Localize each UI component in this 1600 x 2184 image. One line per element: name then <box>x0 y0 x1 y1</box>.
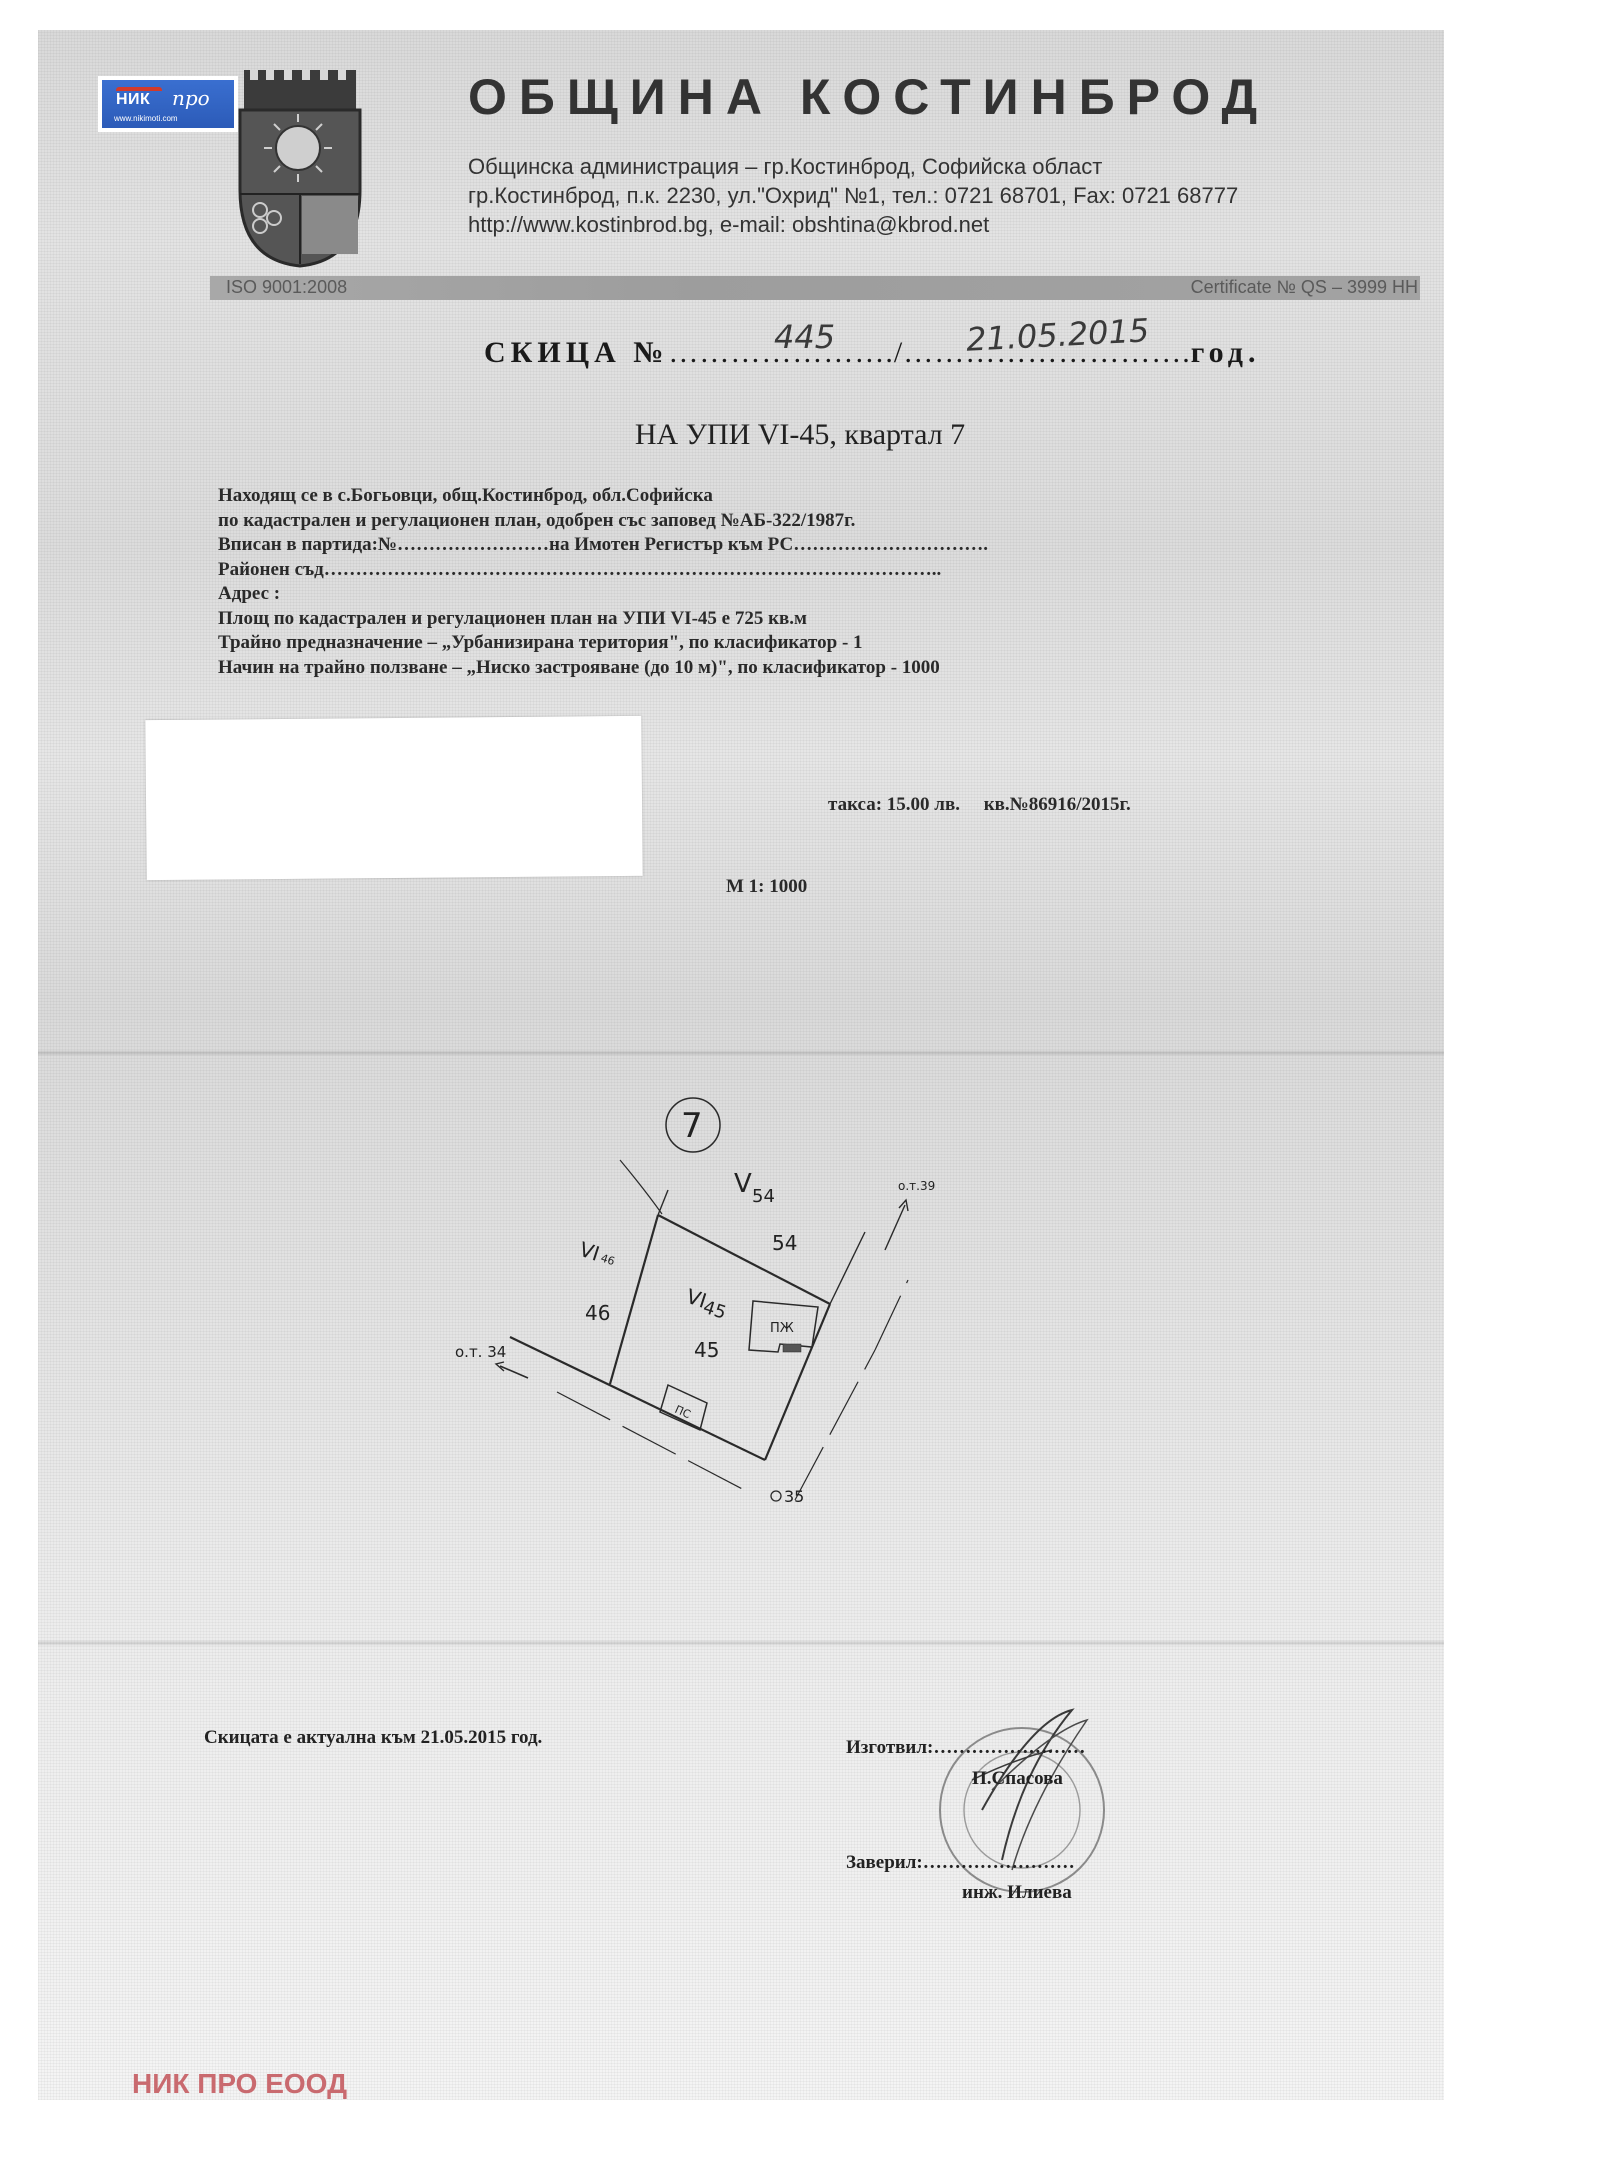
municipality-contact-line: http://www.kostinbrod.bg, e-mail: obshti… <box>468 212 989 238</box>
prepared-label: Изготвил: <box>846 1737 933 1758</box>
block-number: 7 <box>681 1106 703 1146</box>
iso-standard: ISO 9001:2008 <box>226 277 347 298</box>
label-ot39: о.т.39 <box>898 1179 935 1193</box>
logo-url: www.nikimoti.com <box>114 114 178 123</box>
paper-fold <box>38 1640 1444 1646</box>
municipality-admin-line: Общинска администрация – гр.Костинброд, … <box>468 154 1102 180</box>
label-plot-45: 45 <box>694 1338 719 1362</box>
handwritten-sketch-number: 445 <box>774 318 835 356</box>
label-v54: V <box>734 1169 752 1199</box>
nik-pro-footer-brand: НИК ПРО ЕООД <box>132 2068 347 2100</box>
sketch-label: СКИЦА № <box>484 336 668 369</box>
location-line: Находящ се в с.Богьовци, общ.Костинброд,… <box>218 484 988 509</box>
municipality-title: ОБЩИНА КОСТИНБРОД <box>468 68 1269 126</box>
dots: …………………… <box>933 1737 1085 1758</box>
separator: / <box>894 336 903 369</box>
label-plot-46: 46 <box>585 1301 610 1325</box>
usage-line: Начин на трайно ползване – „Ниско застро… <box>218 656 988 681</box>
validity-note: Скицата е актуална към 21.05.2015 год. <box>204 1727 542 1749</box>
verified-label: Заверил: <box>846 1852 923 1873</box>
paper-fold <box>38 1050 1444 1056</box>
label-ot34: о.т. 34 <box>455 1343 506 1361</box>
cadastral-sketch: 7 V 54 54 VI 46 46 VI 45 45 ПЖ ПС о.т.39… <box>440 1080 1040 1520</box>
verified-by-row: Заверил:…………………… <box>846 1852 1075 1874</box>
label-v54-sub: 54 <box>752 1186 775 1207</box>
logo-suffix: про <box>172 86 210 110</box>
year-suffix: год. <box>1191 336 1261 369</box>
court-line: Районен съд……………………………………………………………………………… <box>218 558 988 583</box>
fee-amount: такса: 15.00 лв. <box>828 794 960 815</box>
label-vi46-sub: 46 <box>599 1251 616 1268</box>
official-stamp-icon <box>912 1690 1132 1910</box>
label-vi46: VI <box>576 1237 602 1266</box>
purpose-line: Трайно предназначение – „Урбанизирана те… <box>218 631 988 656</box>
nik-pro-logo: НИК про www.nikimoti.com <box>98 76 238 132</box>
verified-by-name: инж. Илиева <box>962 1882 1072 1904</box>
receipt-number: кв.№86916/2015г. <box>984 794 1131 815</box>
label-plot-54: 54 <box>772 1231 797 1255</box>
fee-line: такса: 15.00 лв. кв.№86916/2015г. <box>828 794 1131 816</box>
label-vi45-sub: 45 <box>700 1297 728 1324</box>
address-line: Адрес : <box>218 582 988 607</box>
plot-subtitle: НА УПИ VI-45, квартал 7 <box>0 418 1600 452</box>
coat-of-arms-icon <box>236 70 364 270</box>
area-line: Площ по кадастрален и регулационен план … <box>218 607 988 632</box>
redacted-owner-block <box>145 716 642 880</box>
registry-line: Вписан в партида:№……………………на Имотен Реги… <box>218 533 988 558</box>
property-details: Находящ се в с.Богьовци, общ.Костинброд,… <box>218 484 988 680</box>
label-building-main: ПЖ <box>770 1321 794 1336</box>
dots: …………………… <box>923 1852 1075 1873</box>
map-scale: М 1: 1000 <box>726 876 807 898</box>
label-ot35: 35 <box>784 1487 804 1506</box>
prepared-by-row: Изготвил:…………………… <box>846 1737 1085 1759</box>
prepared-by-name: П.Спасова <box>972 1768 1063 1790</box>
logo-brand: НИК <box>116 91 150 109</box>
certificate-number: Certificate № QS – 3999 HH <box>1191 277 1418 298</box>
iso-bar: ISO 9001:2008 Certificate № QS – 3999 HH <box>210 276 1420 300</box>
municipality-address-line: гр.Костинброд, п.к. 2230, ул."Охрид" №1,… <box>468 183 1238 209</box>
plan-line: по кадастрален и регулационен план, одоб… <box>218 509 988 534</box>
